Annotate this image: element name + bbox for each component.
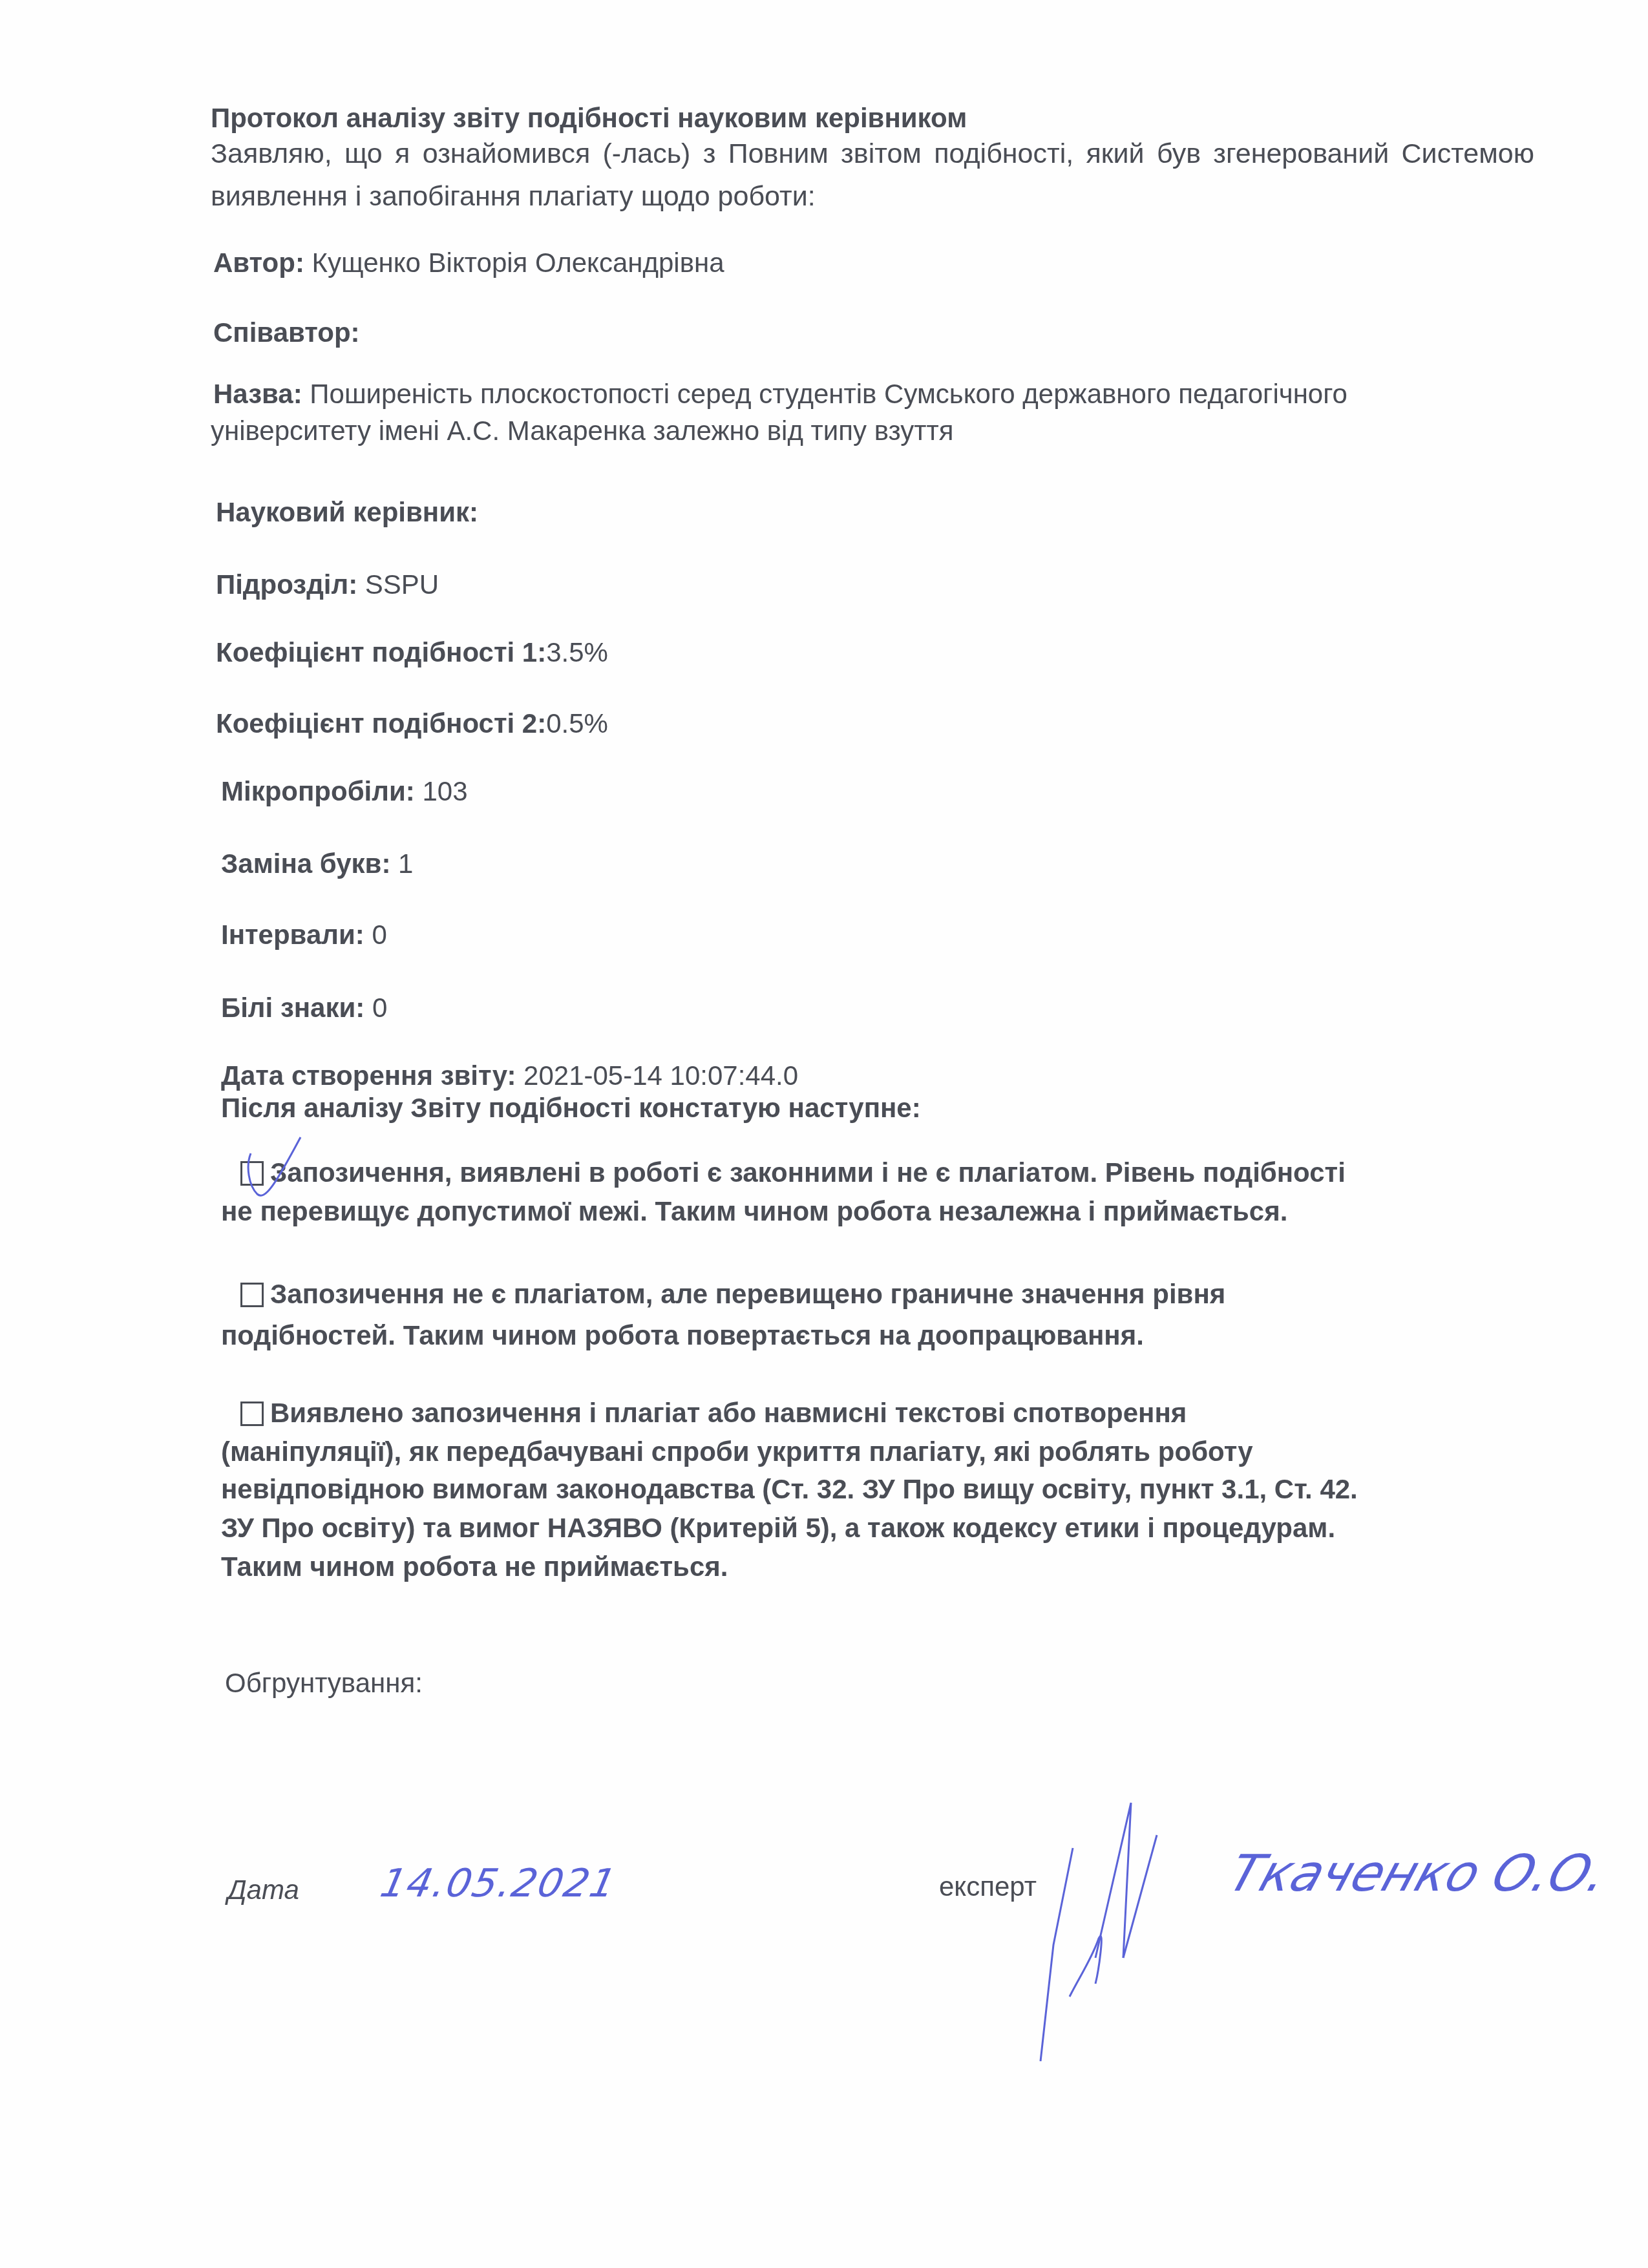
field-label: Білі знаки: [221, 992, 364, 1023]
conclusion-heading: Після аналізу Звіту подібності констатую… [221, 1092, 921, 1124]
field-label: Коефіцієнт подібності 2: [216, 708, 546, 739]
field-label: Співавтор: [213, 317, 360, 348]
option-rejected-line5: Таким чином робота не приймається. [221, 1544, 1552, 1590]
field-label: Коефіцієнт подібності 1: [216, 637, 546, 667]
handwritten-date: 14.05.2021 [377, 1861, 621, 1906]
field-value: 0.5% [546, 708, 608, 739]
field-intervals: Інтервали: 0 [221, 919, 387, 951]
field-label: Мікропробіли: [221, 776, 415, 806]
expert-signature-icon [1028, 1764, 1221, 2061]
field-label: Науковий керівник: [216, 497, 478, 527]
intro-paragraph: Заявляю, що я ознайомився (-лась) з Повн… [211, 132, 1534, 218]
field-report-date: Дата створення звіту: 2021-05-14 10:07:4… [221, 1060, 798, 1092]
option-text-line1: Запозичення, виявлені в роботі є законни… [270, 1157, 1346, 1188]
field-value: 0 [364, 992, 387, 1023]
field-value: 2021-05-14 10:07:44.0 [516, 1060, 798, 1091]
field-value: Поширеність плоскостопості серед студент… [302, 379, 1347, 409]
field-title: Назва: Поширеність плоскостопості серед … [213, 378, 1347, 410]
document-title: Протокол аналізу звіту подібності науков… [211, 102, 967, 134]
field-department: Підрозділ: SSPU [216, 569, 439, 601]
field-letter-replacement: Заміна букв: 1 [221, 848, 413, 880]
checkmark-icon [239, 1124, 310, 1215]
field-supervisor: Науковий керівник: [216, 496, 478, 529]
field-value: 3.5% [546, 637, 608, 667]
field-value: 0 [364, 919, 387, 950]
field-value: SSPU [357, 569, 439, 600]
option-revision: Запозичення не є плагіатом, але перевище… [240, 1272, 1572, 1317]
option-text-line1: Виявлено запозичення і плагіат або навми… [270, 1398, 1187, 1428]
field-label: Автор: [213, 247, 304, 278]
field-label: Заміна букв: [221, 848, 390, 879]
document-page: Протокол аналізу звіту подібності науков… [0, 0, 1648, 2268]
field-coauthor: Співавтор: [213, 317, 360, 349]
expert-label: експерт [939, 1871, 1037, 1903]
field-microspaces: Мікропробіли: 103 [221, 775, 468, 808]
field-similarity-2: Коефіцієнт подібності 2:0.5% [216, 708, 608, 740]
field-label: Підрозділ: [216, 569, 357, 600]
date-label: Дата [227, 1874, 299, 1906]
field-label: Назва: [213, 379, 302, 409]
option-revision-line2: подібностей. Таким чином робота повертає… [221, 1313, 1552, 1358]
expert-signature-name: Ткаченко О.О. [1221, 1845, 1615, 1903]
option-accepted-line2: не перевищує допустимої межі. Таким чино… [221, 1189, 1552, 1234]
justification-label: Обгрунтування: [225, 1667, 423, 1699]
checkbox-rejected[interactable] [240, 1402, 264, 1426]
field-value: 1 [390, 848, 413, 879]
option-text-line1: Запозичення не є плагіатом, але перевище… [270, 1279, 1225, 1309]
field-author: Автор: Кущенко Вікторія Олександрівна [213, 247, 724, 279]
checkbox-revision[interactable] [240, 1283, 264, 1307]
field-similarity-1: Коефіцієнт подібності 1:3.5% [216, 636, 608, 669]
field-white-chars: Білі знаки: 0 [221, 992, 387, 1024]
field-label: Дата створення звіту: [221, 1060, 516, 1091]
field-value: Кущенко Вікторія Олександрівна [304, 247, 724, 278]
field-value: 103 [415, 776, 468, 806]
field-title-line2: університету імені А.С. Макаренка залежн… [211, 415, 954, 447]
field-label: Інтервали: [221, 919, 364, 950]
